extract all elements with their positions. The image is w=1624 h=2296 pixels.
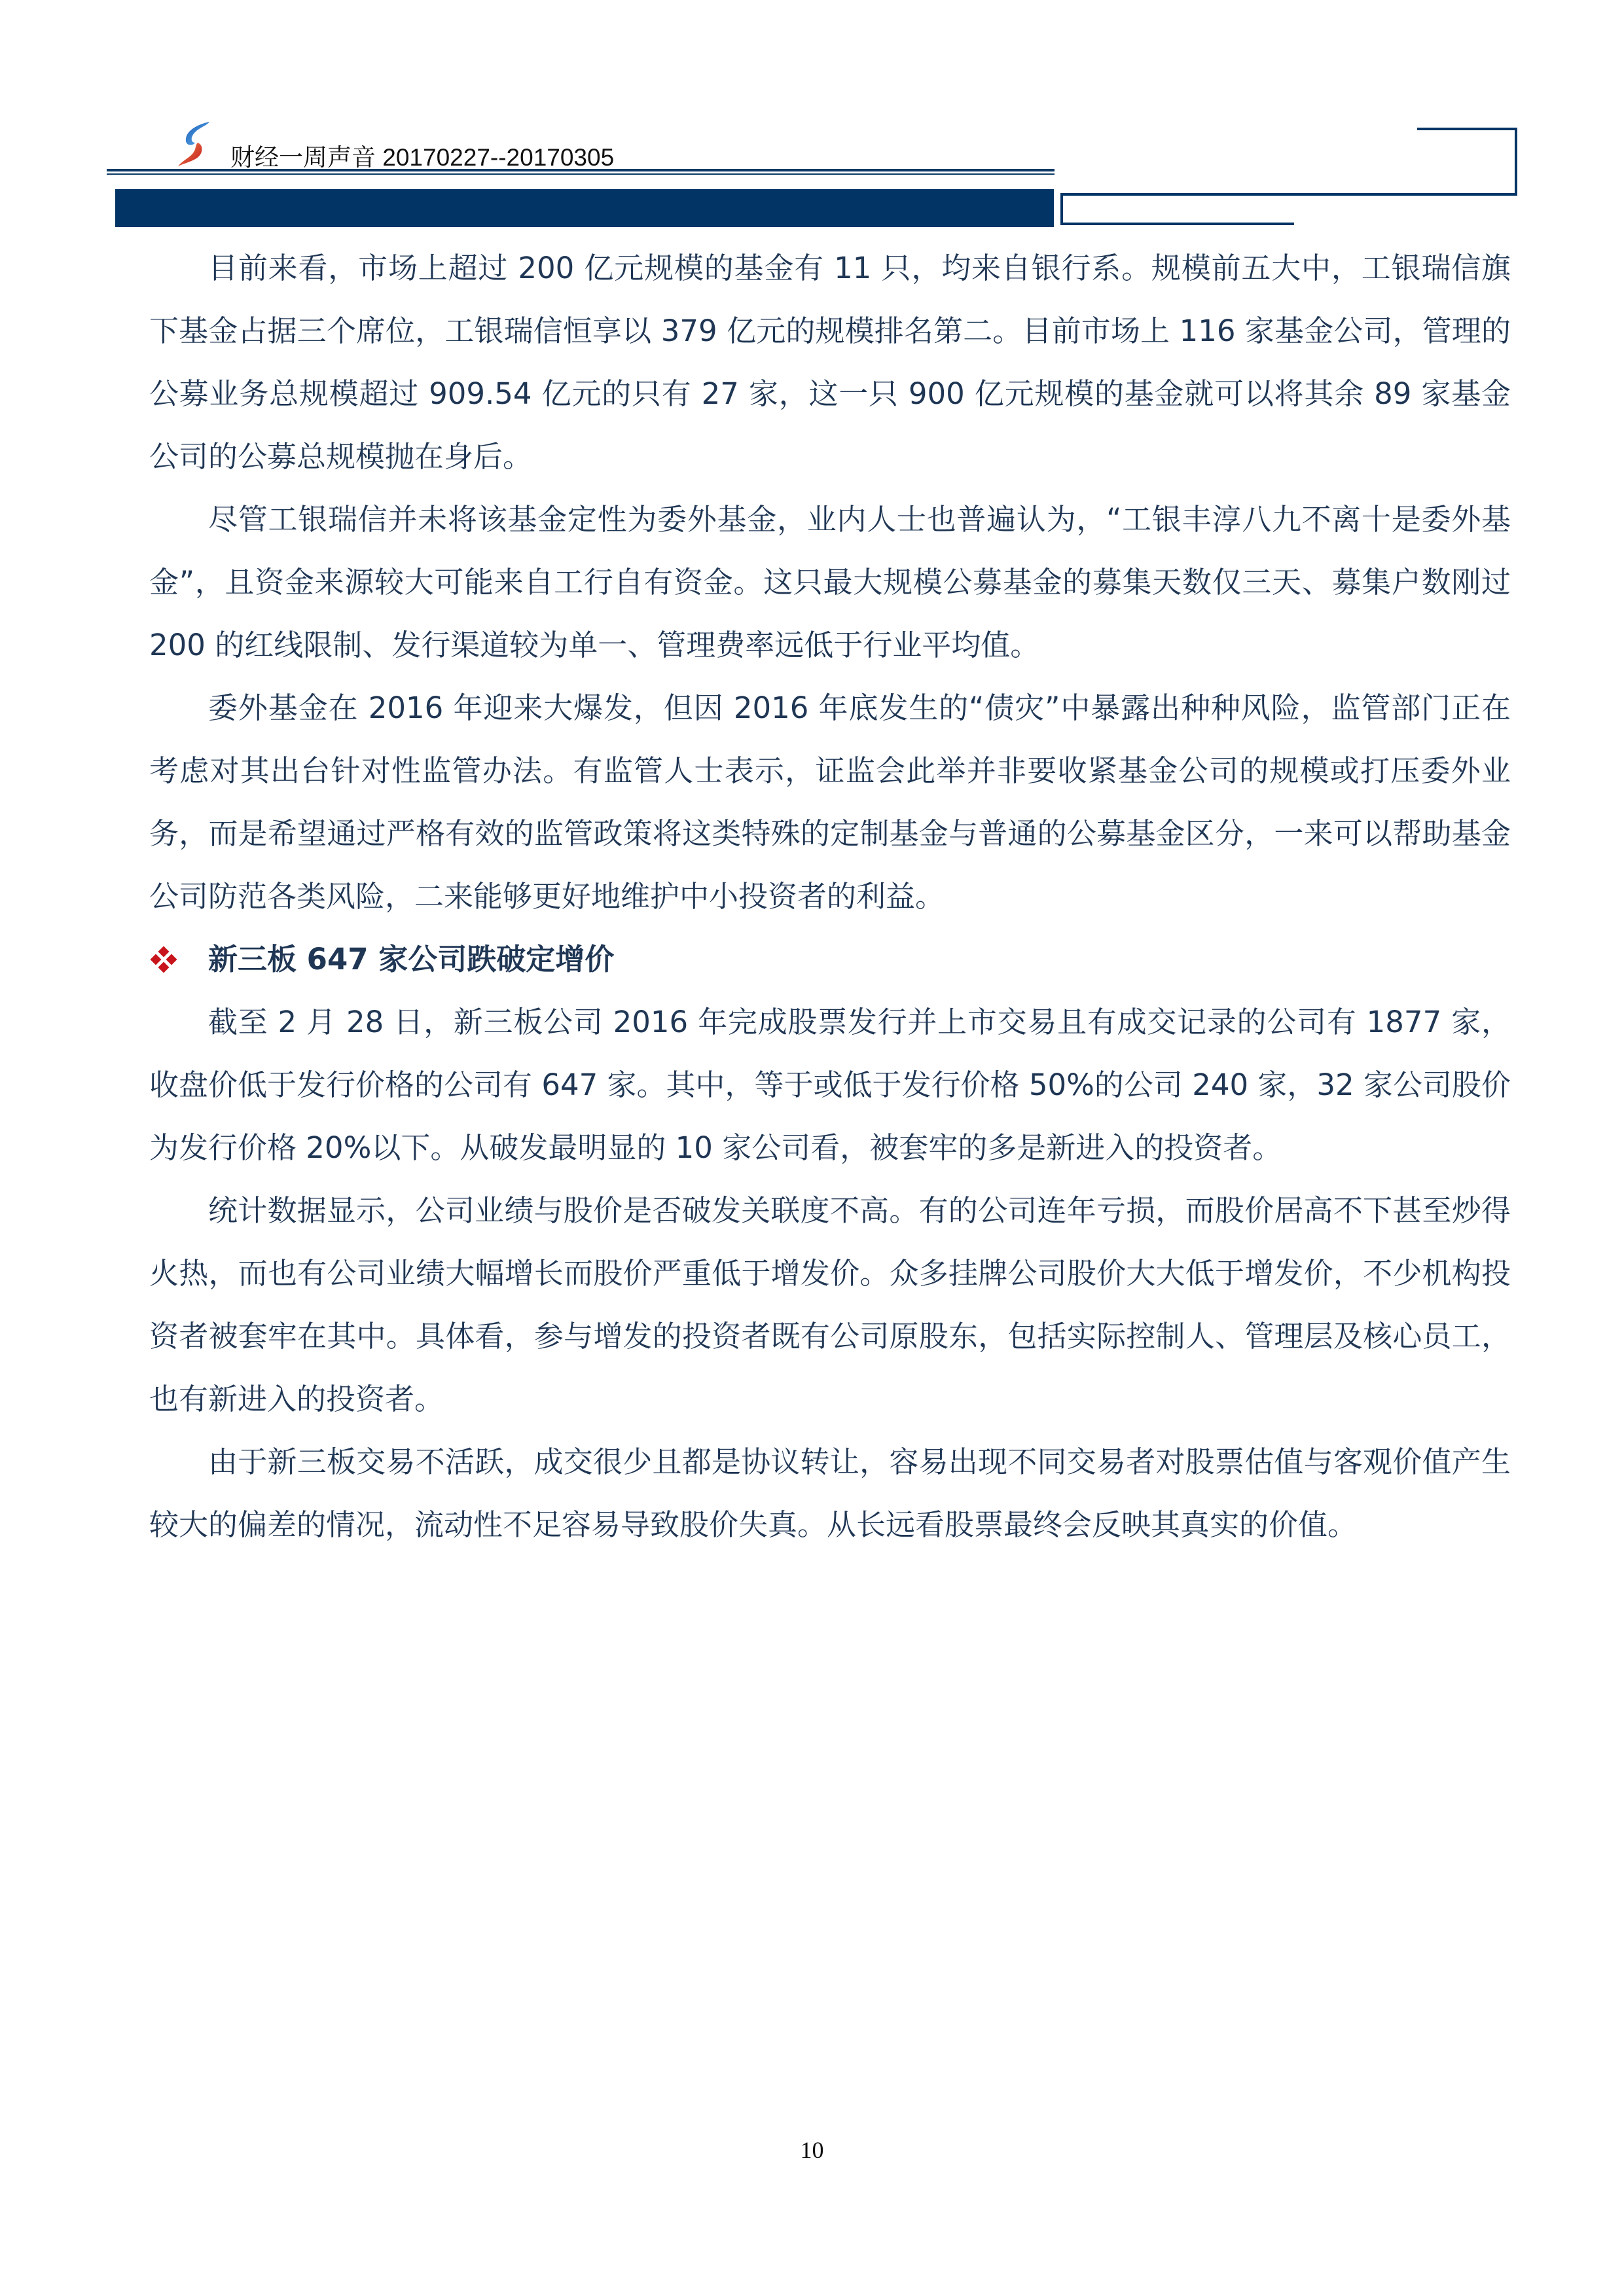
header-frame-decoration [1417, 128, 1517, 130]
header-frame-decoration [1060, 193, 1063, 224]
page-number: 10 [0, 2136, 1624, 2164]
header-frame-decoration [1515, 128, 1517, 196]
header-frame-decoration [1060, 223, 1294, 225]
header-title: 财经一周声音 20170227--20170305 [230, 137, 614, 173]
paragraph: 目前来看，市场上超过 200 亿元规模的基金有 11 只，均来自银行系。规模前五… [149, 237, 1511, 488]
paragraph: 尽管工银瑞信并未将该基金定性为委外基金，业内人士也普遍认为，“工银丰淳八九不离十… [149, 488, 1511, 677]
header-rule [107, 169, 1055, 171]
header-frame-decoration [1060, 193, 1517, 196]
section-heading-text: 新三板 647 家公司跌破定增价 [208, 928, 614, 991]
section-heading: 新三板 647 家公司跌破定增价 [149, 928, 1511, 991]
paragraph: 委外基金在 2016 年迎来大爆发，但因 2016 年底发生的“债灾”中暴露出种… [149, 677, 1511, 928]
article-body: 目前来看，市场上超过 200 亿元规模的基金有 11 只，均来自银行系。规模前五… [149, 237, 1511, 1556]
red-diamond-bullet-icon [152, 948, 175, 971]
paragraph: 截至 2 月 28 日，新三板公司 2016 年完成股票发行并上市交易且有成交记… [149, 991, 1511, 1179]
header-band [115, 189, 1054, 227]
swoosh-s-logo-icon [171, 119, 217, 168]
paragraph: 统计数据显示，公司业绩与股价是否破发关联度不高。有的公司连年亏损，而股价居高不下… [149, 1179, 1511, 1431]
paragraph: 由于新三板交易不活跃，成交很少且都是协议转让，容易出现不同交易者对股票估值与客观… [149, 1431, 1511, 1556]
header-rule-thin [107, 173, 1055, 175]
